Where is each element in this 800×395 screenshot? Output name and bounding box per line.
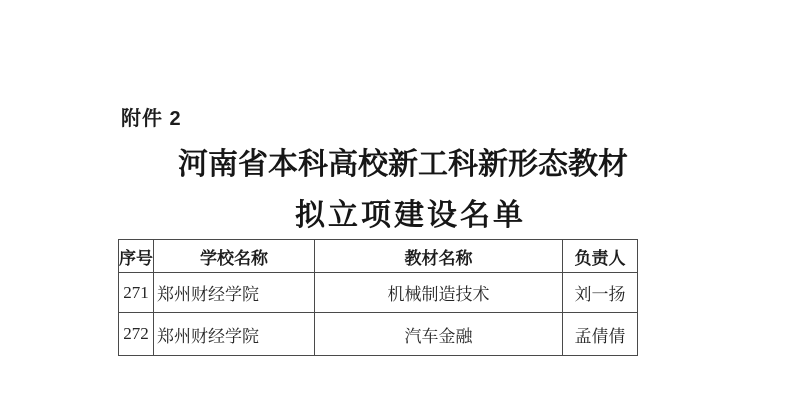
header-cell-no: 序号 [119, 240, 154, 273]
document-page: 附件 2 河南省本科高校新工科新形态教材 拟立项建设名单 序号 学校名称 教材名… [0, 0, 800, 395]
cell-school: 郑州财经学院 [154, 273, 315, 313]
textbook-project-table: 序号 学校名称 教材名称 负责人 271 郑州财经学院 机械制造技术 刘一扬 2… [118, 239, 638, 356]
cell-no: 272 [119, 313, 154, 356]
table-row: 272 郑州财经学院 汽车金融 孟倩倩 [119, 313, 638, 356]
cell-textbook: 机械制造技术 [315, 273, 563, 313]
document-title-line1: 河南省本科高校新工科新形态教材 [178, 147, 628, 183]
cell-school: 郑州财经学院 [154, 313, 315, 356]
cell-leader: 刘一扬 [563, 273, 638, 313]
cell-no: 271 [119, 273, 154, 313]
header-cell-school: 学校名称 [154, 240, 315, 273]
header-cell-textbook: 教材名称 [315, 240, 563, 273]
table-header-row: 序号 学校名称 教材名称 负责人 [119, 240, 638, 273]
cell-textbook: 汽车金融 [315, 313, 563, 356]
attachment-label: 附件 2 [121, 102, 182, 131]
cell-leader: 孟倩倩 [563, 313, 638, 356]
table-row: 271 郑州财经学院 机械制造技术 刘一扬 [119, 273, 638, 313]
header-cell-leader: 负责人 [563, 240, 638, 273]
document-title-line2: 拟立项建设名单 [295, 198, 526, 234]
